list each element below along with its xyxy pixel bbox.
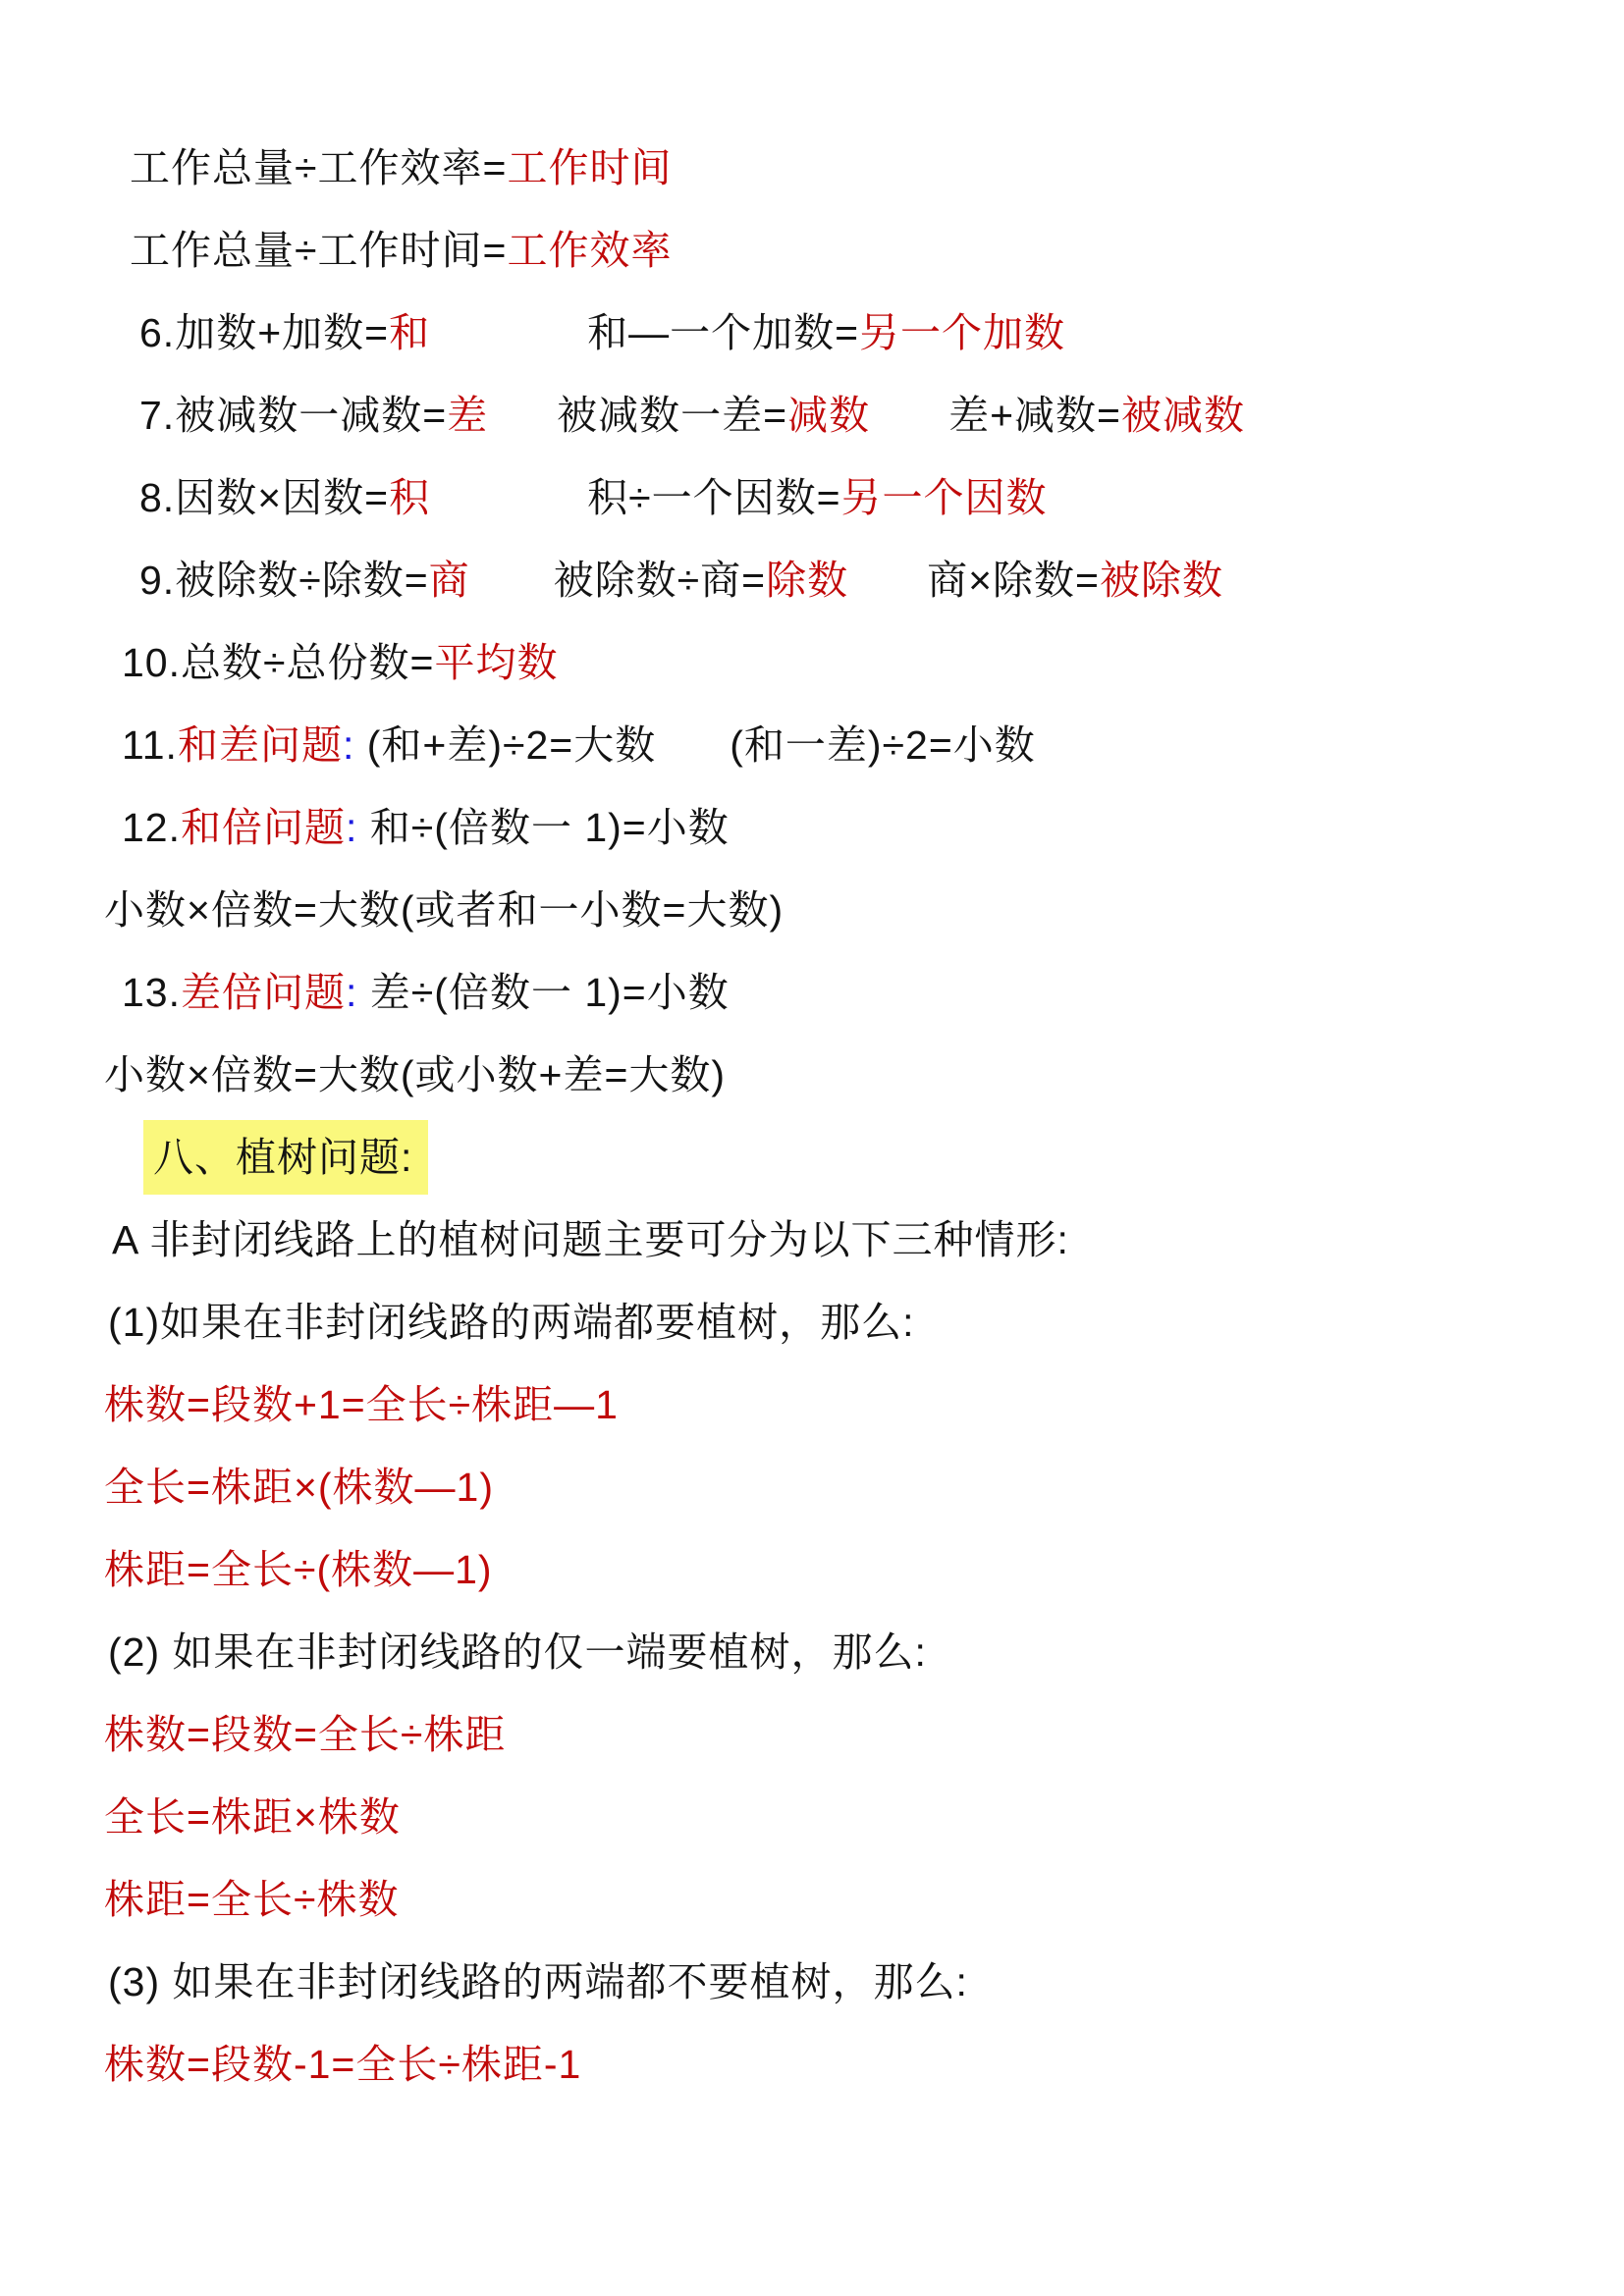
text-segment: : [346, 970, 357, 1015]
text-segment: 株距=全长÷(株数—1) [104, 1547, 493, 1592]
text-line: 7.被减数一减数=差被减数一差=减数差+减数=被减数 [104, 393, 1624, 438]
text-line: (3) 如果在非封闭线路的两端都不要植树，那么: [104, 1959, 1624, 2004]
spacer [488, 428, 557, 429]
text-segment: 9.被除数÷除数= [139, 558, 429, 603]
text-segment: 商 [429, 558, 470, 603]
text-segment: 被除数÷商= [554, 558, 766, 603]
text-line: 株距=全长÷(株数—1) [104, 1547, 1624, 1592]
text-segment: 积 [389, 475, 430, 520]
text-segment: 小数×倍数=大数(或者和一小数=大数) [104, 887, 784, 933]
text-segment: 商×除数= [927, 558, 1100, 603]
text-segment: 差÷(倍数一 1)=小数 [357, 970, 729, 1015]
text-segment: (和一差)÷2=小数 [730, 722, 1036, 768]
text-segment: 除数 [766, 558, 848, 603]
spacer [430, 346, 587, 347]
text-segment: 平均数 [434, 640, 558, 685]
text-line: 株距=全长÷株数 [104, 1877, 1624, 1922]
text-segment: 被减数一差= [557, 393, 787, 438]
text-segment: (2) 如果在非封闭线路的仅一端要植树，那么: [108, 1629, 927, 1675]
text-segment: 另一个加数 [859, 310, 1065, 355]
spacer [470, 593, 554, 594]
text-segment: 工作效率 [507, 228, 672, 273]
text-line: 株数=段数+1=全长÷株距—1 [104, 1382, 1624, 1427]
text-line: 全长=株距×株数 [104, 1794, 1624, 1840]
text-segment: 7.被减数一减数= [139, 393, 447, 438]
text-line: 9.被除数÷除数=商被除数÷商=除数商×除数=被除数 [104, 558, 1624, 603]
text-segment: 全长=株距×(株数—1) [104, 1465, 494, 1510]
text-segment: 11. [122, 722, 178, 768]
text-line: 小数×倍数=大数(或者和一小数=大数) [104, 887, 1624, 933]
text-segment: : [346, 805, 357, 850]
text-line: (1)如果在非封闭线路的两端都要植树，那么: [104, 1300, 1624, 1345]
text-segment: 12. [122, 805, 181, 850]
text-segment: 减数 [787, 393, 870, 438]
text-line: 全长=株距×(株数—1) [104, 1465, 1624, 1510]
text-segment: 小数×倍数=大数(或小数+差=大数) [104, 1052, 726, 1097]
document-page: 工作总量÷工作效率=工作时间工作总量÷工作时间=工作效率6.加数+加数=和和—一… [0, 0, 1624, 2296]
document-body: 工作总量÷工作效率=工作时间工作总量÷工作时间=工作效率6.加数+加数=和和—一… [104, 145, 1624, 2124]
text-segment: 差+减数= [948, 393, 1121, 438]
text-segment: 积÷一个因数= [587, 475, 840, 520]
text-segment: (1)如果在非封闭线路的两端都要植树，那么: [108, 1300, 915, 1345]
text-segment: 株数=段数=全长÷株距 [104, 1712, 506, 1757]
text-segment: 被减数 [1121, 393, 1245, 438]
text-segment: 13. [122, 970, 181, 1015]
text-segment: : [343, 722, 354, 768]
text-line: 株数=段数=全长÷株距 [104, 1712, 1624, 1757]
spacer [870, 428, 948, 429]
text-segment: 和倍问题 [181, 805, 346, 850]
text-segment: 株数=段数+1=全长÷株距—1 [104, 1382, 619, 1427]
text-segment: 全长=株距×株数 [104, 1794, 401, 1840]
text-segment: 差倍问题 [181, 970, 346, 1015]
text-segment: (和+差)÷2=大数 [354, 722, 656, 768]
spacer [656, 758, 730, 759]
text-line: 13.差倍问题: 差÷(倍数一 1)=小数 [104, 970, 1624, 1015]
text-segment: 和 [389, 310, 430, 355]
text-line: 小数×倍数=大数(或小数+差=大数) [104, 1052, 1624, 1097]
text-segment: 和差问题 [178, 722, 343, 768]
text-segment: 工作总量÷工作时间= [130, 228, 507, 273]
text-segment: 和÷(倍数一 1)=小数 [357, 805, 729, 850]
text-line: 工作总量÷工作效率=工作时间 [104, 145, 1624, 190]
text-segment: 被除数 [1100, 558, 1223, 603]
text-line: 8.因数×因数=积积÷一个因数=另一个因数 [104, 475, 1624, 520]
text-segment: 差 [447, 393, 488, 438]
text-segment: 6.加数+加数= [139, 310, 389, 355]
text-segment: 株距=全长÷株数 [104, 1877, 399, 1922]
text-segment: 10.总数÷总份数= [122, 640, 434, 685]
text-segment: 工作时间 [507, 145, 672, 190]
text-segment: A 非封闭线路上的植树问题主要可分为以下三种情形: [112, 1217, 1069, 1262]
text-segment: 和—一个加数= [587, 310, 859, 355]
highlighted-heading: 八、植树问题: [143, 1120, 428, 1195]
spacer [848, 593, 927, 594]
text-segment: 株数=段数-1=全长÷株距-1 [104, 2042, 581, 2087]
text-line: A 非封闭线路上的植树问题主要可分为以下三种情形: [104, 1217, 1624, 1262]
text-line: 11.和差问题: (和+差)÷2=大数(和一差)÷2=小数 [104, 722, 1624, 768]
text-segment: 另一个因数 [841, 475, 1048, 520]
text-line: 八、植树问题: [104, 1135, 1624, 1180]
spacer [430, 510, 587, 511]
text-segment: 8.因数×因数= [139, 475, 389, 520]
text-segment: (3) 如果在非封闭线路的两端都不要植树，那么: [108, 1959, 968, 2004]
text-line: (2) 如果在非封闭线路的仅一端要植树，那么: [104, 1629, 1624, 1675]
text-line: 12.和倍问题: 和÷(倍数一 1)=小数 [104, 805, 1624, 850]
text-line: 10.总数÷总份数=平均数 [104, 640, 1624, 685]
text-line: 工作总量÷工作时间=工作效率 [104, 228, 1624, 273]
text-segment: 工作总量÷工作效率= [130, 145, 507, 190]
text-line: 株数=段数-1=全长÷株距-1 [104, 2042, 1624, 2087]
text-line: 6.加数+加数=和和—一个加数=另一个加数 [104, 310, 1624, 355]
